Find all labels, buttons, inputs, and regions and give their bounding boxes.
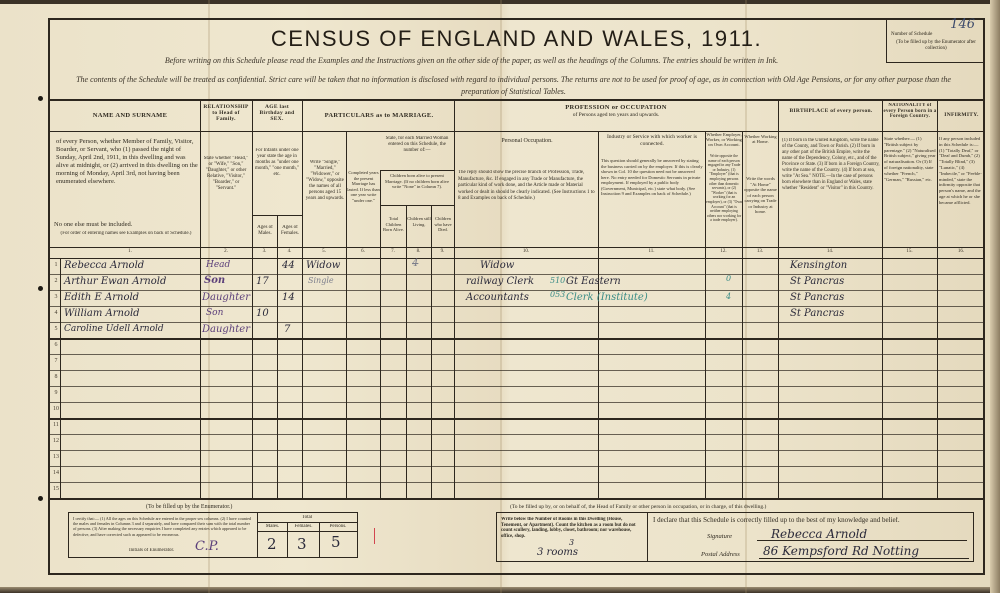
header-rule: [50, 131, 454, 132]
column-number: 4.: [277, 249, 302, 254]
row-number: 15: [52, 486, 60, 492]
enumerator-heading: (To be filled up by the Enumerator.): [146, 504, 232, 510]
header-rule: [380, 170, 454, 171]
row-number: 12: [52, 438, 60, 444]
row-number: 3: [52, 294, 60, 300]
header-infirmity-body: If any person included in this Schedule …: [939, 136, 984, 206]
header-marriage-state: Write "Single," "Married," "Widower," or…: [304, 160, 346, 202]
rooms-written: 3 rooms: [537, 547, 578, 558]
row-number: 13: [52, 454, 60, 460]
row-number: 11: [52, 422, 60, 428]
row2-birthplace: St Pancras: [790, 276, 844, 287]
row-rule: [50, 338, 983, 340]
totals-rule: [257, 522, 357, 523]
row2-occupation: railway Clerk: [466, 276, 534, 287]
row-number: 5: [52, 326, 60, 332]
header-personal-occupation: Personal Occupation.: [456, 138, 598, 145]
census-form: CENSUS OF ENGLAND AND WALES, 1911. Befor…: [48, 18, 985, 575]
row3-name: Edith E Arnold: [64, 292, 139, 303]
row4-name: William Arnold: [64, 308, 140, 319]
row-rule: [50, 354, 983, 355]
header-rule: [252, 215, 302, 216]
totals-persons-label: Persons.: [320, 524, 356, 530]
row-rule: [50, 290, 983, 291]
schedule-number-box: Number of Schedule 146 (To be filled up …: [886, 20, 985, 63]
address-value: 86 Kempsford Rd Notting: [763, 544, 919, 558]
row-number-rule: [60, 258, 61, 498]
totals-rule: [257, 531, 357, 532]
head-section-heading: (To be filled up by, or on behalf of, th…: [510, 504, 766, 510]
row1-relationship: Head: [206, 260, 230, 270]
row-number: 7: [52, 358, 60, 364]
header-rule: [50, 247, 983, 248]
column-number: 2.: [200, 249, 252, 254]
header-nationality-title: NATIONALITY of every Person born in a Fo…: [883, 103, 937, 120]
rule-col9: [454, 101, 455, 499]
column-number: 15.: [882, 249, 937, 254]
address-line: [759, 558, 969, 559]
row-number: 14: [52, 470, 60, 476]
header-birthplace-title: BIRTHPLACE of every person.: [780, 108, 882, 115]
rooms-instruction: Write below the Number of Rooms in this …: [501, 517, 641, 539]
header-children-died: Children who have Died.: [432, 216, 454, 233]
row3-relationship: Daughter: [202, 292, 250, 303]
row2-relationship: Son: [204, 275, 225, 286]
punch-hole: [38, 96, 43, 101]
header-nationality-body: State whether:— (1) "British subject by …: [884, 136, 936, 182]
header-birthplace-body: (1) If born in the United Kingdom, write…: [782, 138, 880, 192]
header-marriage-title: PARTICULARS as to MARRIAGE.: [304, 112, 454, 119]
header-relationship-body: State whether "Head," or "Wife," "Son," …: [202, 156, 250, 192]
rule-col10: [598, 131, 599, 499]
row-number: 2: [52, 278, 60, 284]
row-rule: [50, 322, 983, 323]
rule-col14: [882, 101, 883, 499]
column-number: 9.: [431, 249, 454, 254]
punch-hole: [38, 496, 43, 501]
row-rule: [50, 482, 983, 483]
row-rule: [50, 434, 983, 435]
totals-persons-value: 5: [331, 533, 341, 551]
signature-line: [757, 540, 967, 541]
column-number: 3.: [252, 249, 277, 254]
row2-name: Arthur Ewan Arnold: [64, 276, 166, 287]
column-number: 1.: [60, 249, 200, 254]
row-rule: [50, 386, 983, 387]
row4-birthplace: St Pancras: [790, 308, 844, 319]
header-rule: [380, 205, 454, 206]
enumerator-box: I certify that:— (1) All the ages on thi…: [68, 512, 358, 558]
header-children-born: Children born alive to present Marriage.…: [382, 173, 452, 190]
instruction-line: Before writing on this Schedule please r…: [50, 56, 893, 65]
header-occupation-subtitle: of Persons aged ten years and upwards.: [456, 112, 776, 119]
totals-males-label: Males.: [258, 524, 287, 530]
header-employer: Whether Employer, Worker, or Working on …: [706, 132, 742, 147]
row4-relationship: Son: [206, 308, 223, 318]
rule-col4: [302, 101, 303, 499]
header-total-born: Total Children Born Alive.: [381, 216, 406, 233]
row2-marriage: Single: [308, 276, 334, 285]
header-infirmity-title: INFIRMITY.: [938, 112, 985, 119]
row-rule: [50, 450, 983, 451]
signature-label: Signature: [707, 533, 757, 540]
title-rule: [50, 99, 983, 101]
document-title: CENSUS OF ENGLAND AND WALES, 1911.: [50, 26, 983, 52]
row-number: 8: [52, 374, 60, 380]
totals-females-value: 3: [297, 535, 307, 553]
totals-label: Total: [259, 515, 355, 521]
head-section-box: Write below the Number of Rooms in this …: [496, 512, 974, 562]
row3-employer-code: 4: [726, 292, 731, 301]
column-number: 8.: [406, 249, 431, 254]
totals-divider: [257, 513, 258, 557]
column-number: 12.: [705, 249, 742, 254]
column-number: 7.: [380, 249, 406, 254]
row5-age-female: 7: [284, 324, 290, 335]
column-number: 10.: [454, 249, 598, 254]
header-name-note1: No one else must be included.: [54, 221, 198, 228]
column-number: 5.: [302, 249, 346, 254]
table-bottom-rule: [50, 498, 983, 500]
row3-age-female: 14: [282, 292, 295, 303]
rule-col15: [937, 101, 938, 499]
row3-birthplace: St Pancras: [790, 292, 844, 303]
row-number: 6: [52, 342, 60, 348]
column-number-rule: [50, 258, 983, 259]
header-industry-body: This question should generally be answer…: [601, 158, 704, 197]
header-industry: Industry or Service with which worker is…: [600, 134, 704, 147]
totals-females-label: Females.: [288, 524, 319, 530]
rule-col2: [252, 101, 253, 499]
row5-name: Caroline Udell Arnold: [64, 324, 164, 334]
totals-males-value: 2: [267, 535, 277, 553]
rooms-divider: [647, 513, 648, 561]
row-rule: [50, 274, 983, 275]
punch-hole: [38, 286, 43, 291]
row1-occupation: Widow: [480, 260, 514, 271]
row5-relationship: Daughter: [202, 324, 250, 335]
row2-industry: Gt Eastern: [566, 276, 621, 287]
row-rule: [50, 466, 983, 467]
confidential-line: The contents of the Schedule will be tre…: [64, 74, 963, 98]
row2-age-male: 17: [256, 276, 269, 287]
row-number: 9: [52, 390, 60, 396]
column-number: 14.: [778, 249, 882, 254]
schedule-number-label: Number of Schedule: [891, 32, 932, 38]
red-tick-mark: [374, 528, 375, 544]
row3-industry: Clerk (Institute): [566, 292, 648, 303]
row3-occupation: Accountants: [466, 292, 529, 303]
rule-col1: [200, 101, 201, 499]
row1-marriage: Widow: [306, 260, 340, 271]
initials-value: C.P.: [195, 539, 219, 554]
header-marriage-years: Completed years the present Marriage has…: [347, 170, 380, 203]
row-rule: [50, 418, 983, 420]
row1-children-total: 4: [412, 258, 418, 269]
column-number: 16.: [937, 249, 985, 254]
schedule-number-value: 146: [950, 22, 975, 28]
census-page: CENSUS OF ENGLAND AND WALES, 1911. Befor…: [0, 0, 1000, 593]
header-age-body: For Infants under one year state the age…: [254, 148, 300, 178]
rule-col13: [778, 101, 779, 499]
row-rule: [50, 402, 983, 403]
row1-birthplace: Kensington: [790, 260, 847, 271]
row-rule: [50, 306, 983, 307]
page-right-edge: [990, 0, 1000, 593]
header-name-note2: (For order of entering names see Example…: [54, 231, 198, 237]
header-employer-body: Write opposite the name of each person e…: [706, 154, 742, 223]
row2-employer-code: 0: [726, 274, 731, 283]
address-label: Postal Address: [701, 551, 761, 558]
row4-age-male: 10: [256, 308, 269, 319]
rooms-value: 3: [569, 538, 574, 547]
header-at-home: Whether Working at Home.: [743, 134, 778, 144]
header-marriage-married-women: State, for each Married Woman entered on…: [382, 136, 452, 154]
row-number: 10: [52, 406, 60, 412]
header-age-males: Ages of Males.: [253, 225, 277, 237]
header-name-title: NAME AND SURNAME: [60, 112, 200, 119]
header-at-home-body: Write the words "At Home" opposite the n…: [743, 176, 778, 215]
column-number: 13.: [742, 249, 778, 254]
row-rule: [50, 370, 983, 371]
header-personal-occupation-body: The reply should show the precise branch…: [458, 170, 596, 203]
enumerator-certify: I certify that:— (1) All the ages on thi…: [73, 516, 253, 537]
header-age-title: AGE last Birthday and SEX.: [254, 104, 300, 122]
row-number: 1: [52, 262, 60, 268]
header-children-living: Children still Living.: [407, 216, 431, 227]
declaration: I declare that this Schedule is correctl…: [653, 517, 969, 524]
row3-industry-code: 053: [550, 290, 565, 299]
header-age-females: Ages of Females.: [278, 225, 302, 237]
header-name-body: of every Person, whether Member of Famil…: [56, 138, 198, 186]
row2-industry-code: 510: [550, 276, 565, 285]
header-relationship-title: RELATIONSHIP to Head of Family.: [202, 104, 250, 122]
column-number: 6.: [346, 249, 380, 254]
header-occupation-title: PROFESSION or OCCUPATION: [456, 104, 776, 111]
header-rule: [778, 131, 983, 132]
schedule-number-note: (To be filled up by the Enumerator after…: [889, 40, 983, 52]
column-number: 11.: [598, 249, 705, 254]
row1-age-female: 44: [282, 260, 295, 271]
row-number: 4: [52, 310, 60, 316]
row1-name: Rebecca Arnold: [64, 260, 144, 271]
signature-value: Rebecca Arnold: [771, 527, 867, 541]
